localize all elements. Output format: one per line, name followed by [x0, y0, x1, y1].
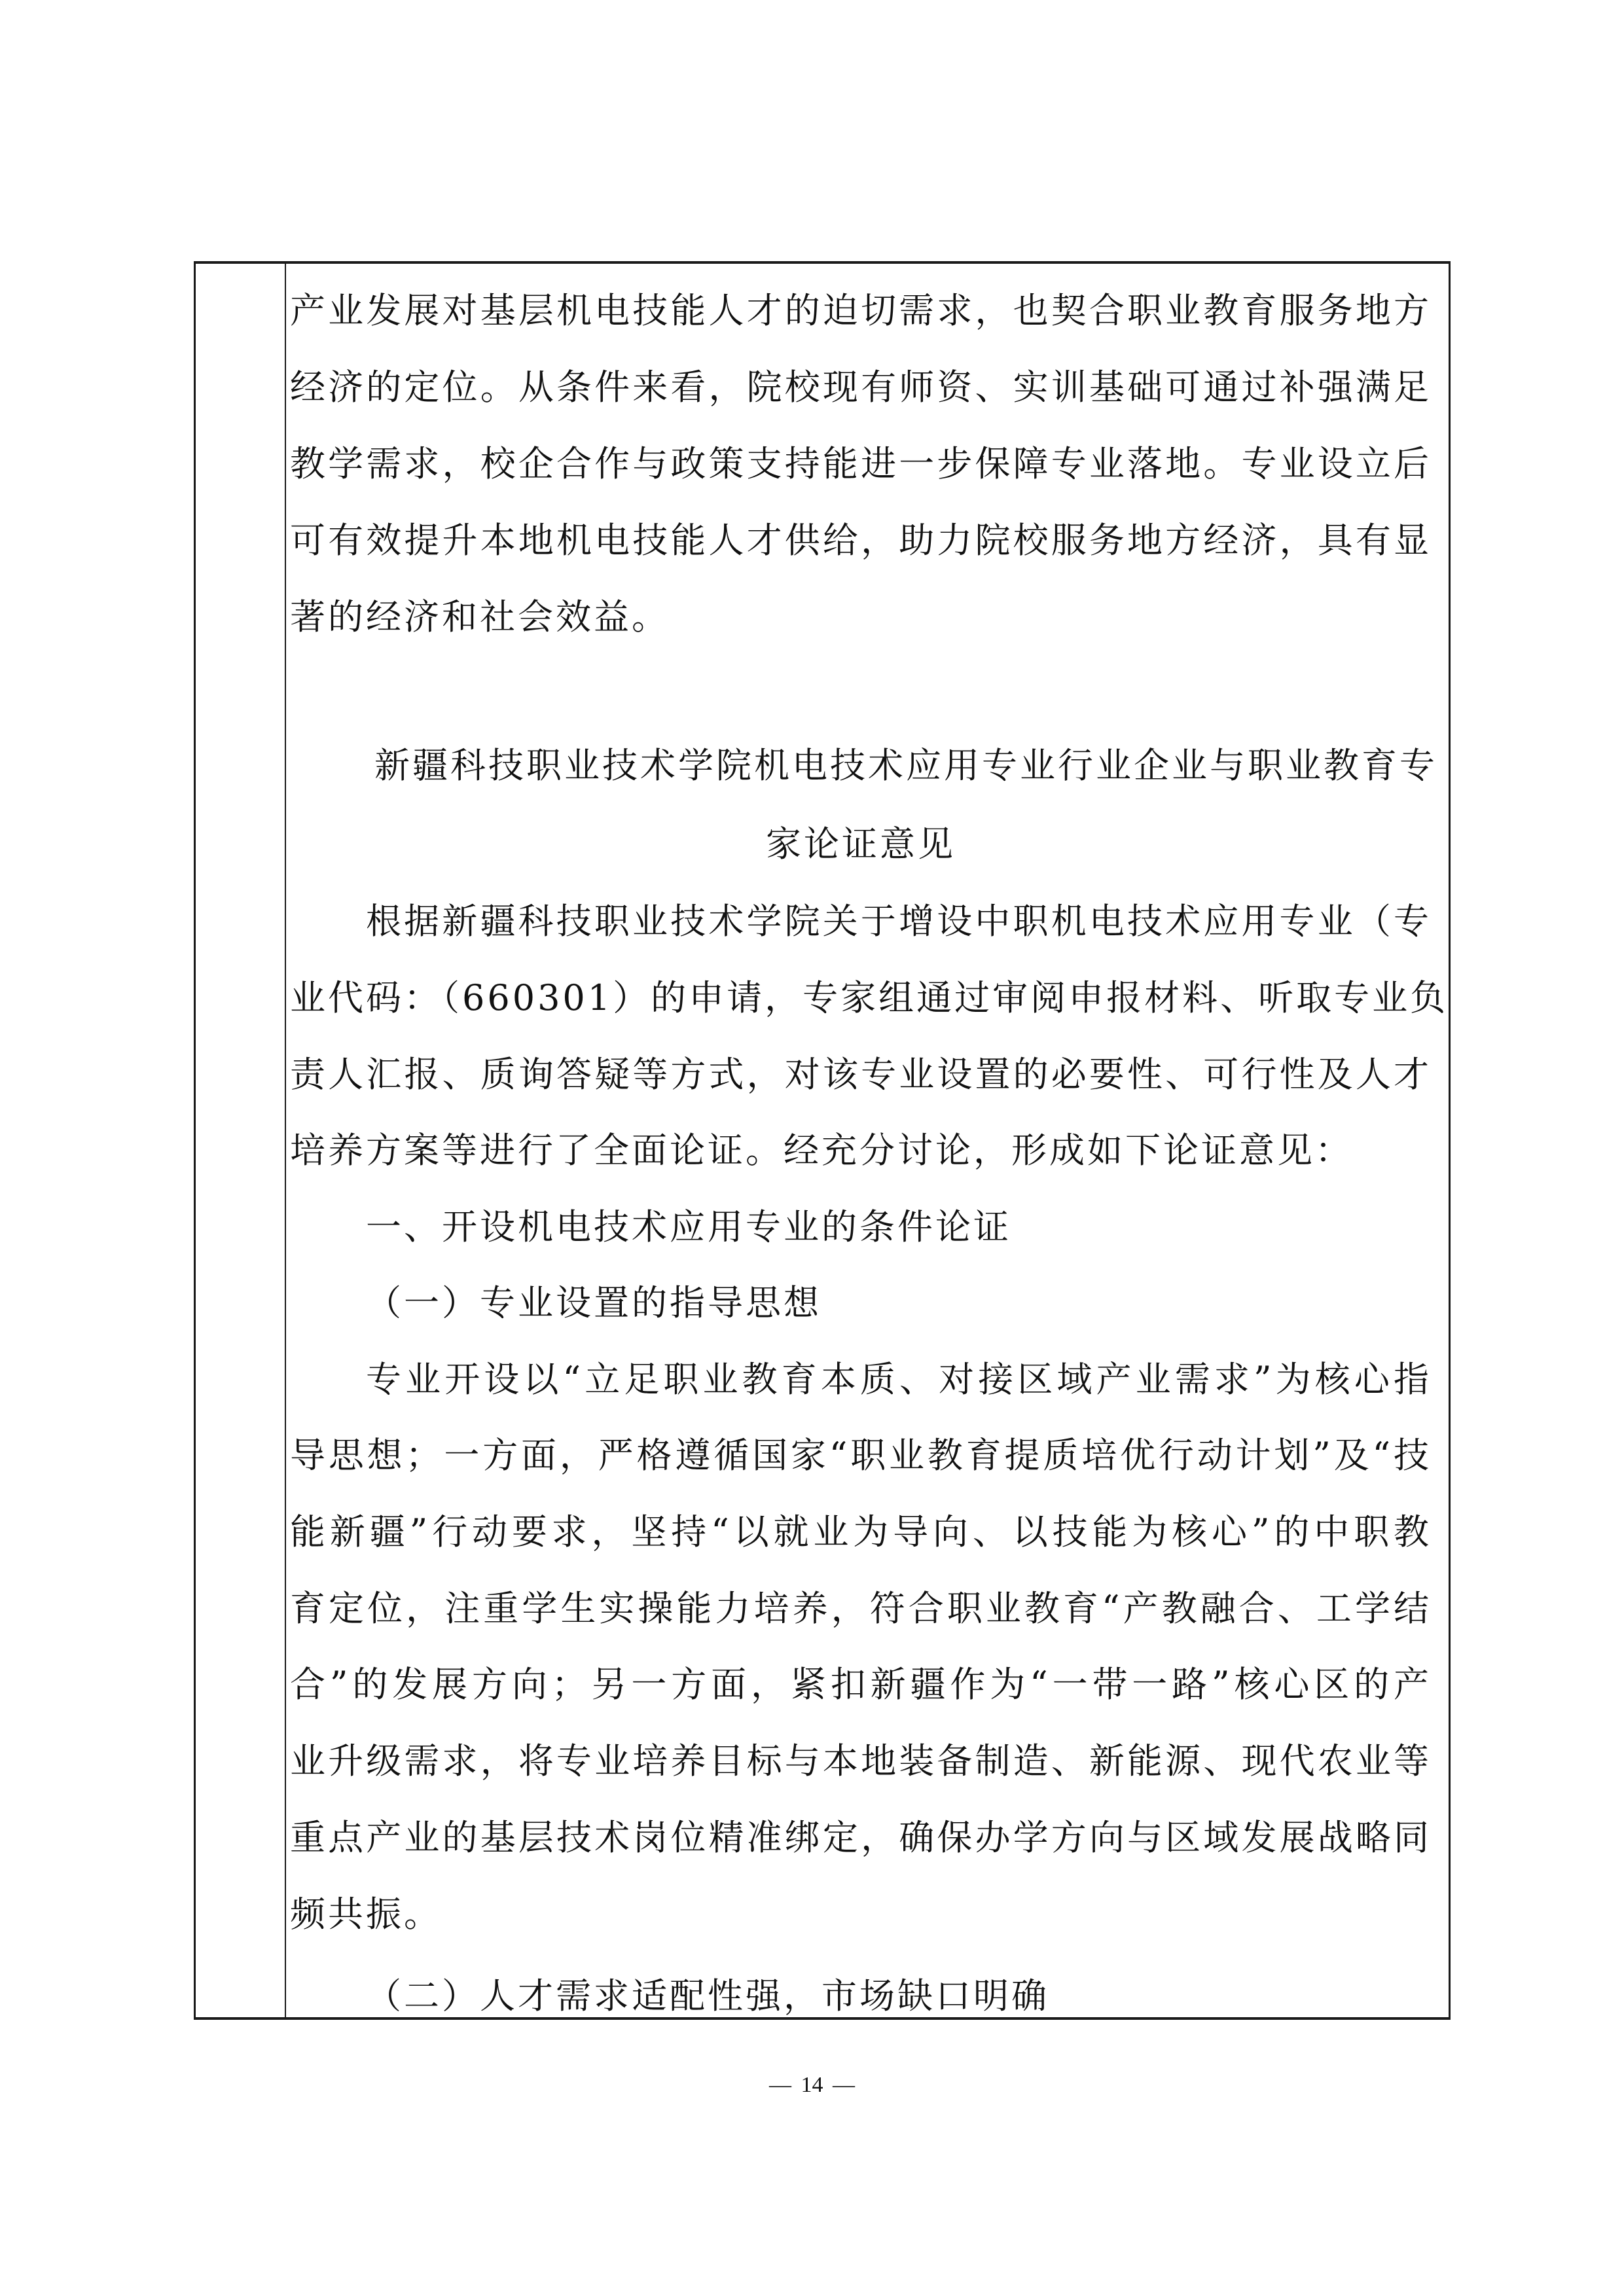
body-text-line: 产业发展对基层机电技能人才的迫切需求，也契合职业教育服务地方: [290, 291, 1432, 331]
body-text-line: 教学需求，校企合作与政策支持能进一步保障专业落地。专业设立后: [290, 444, 1432, 484]
body-text-line: 重点产业的基层技术岗位精准绑定，确保办学方向与区域发展战略同: [290, 1818, 1432, 1857]
section-title-continued: 家论证意见: [290, 825, 1432, 864]
body-text-line: 导思想；一方面，严格遵循国家“职业教育提质培优行动计划”及“技: [290, 1436, 1432, 1475]
document-page: 产业发展对基层机电技能人才的迫切需求，也契合职业教育服务地方 经济的定位。从条件…: [0, 0, 1624, 2296]
heading-level-2: （二）人才需求适配性强，市场缺口明确: [366, 1977, 1049, 2016]
body-text-line: 著的经济和社会效益。: [290, 598, 670, 637]
body-text-line: 责人汇报、质询答疑等方式，对该专业设置的必要性、可行性及人才: [290, 1055, 1432, 1094]
body-text-line: 专业开设以“立足职业教育本质、对接区域产业需求”为核心指: [366, 1360, 1432, 1399]
body-text-line: 合”的发展方向；另一方面，紧扣新疆作为“一带一路”核心区的产: [290, 1665, 1432, 1704]
table-label-cell: [196, 264, 286, 2017]
heading-level-2: （一）专业设置的指导思想: [366, 1283, 821, 1323]
body-text-line: 频共振。: [290, 1895, 442, 1934]
body-text-line: 育定位，注重学生实操能力培养，符合职业教育“产教融合、工学结: [290, 1589, 1432, 1628]
body-text-line: 经济的定位。从条件来看，院校现有师资、实训基础可通过补强满足: [290, 368, 1432, 407]
body-text-line: 能新疆”行动要求，坚持“以就业为导向、以技能为核心”的中职教: [290, 1513, 1432, 1552]
body-text-line: 培养方案等进行了全面论证。经充分讨论，形成如下论证意见：: [290, 1131, 1353, 1170]
page-number: — 14 —: [0, 2072, 1624, 2098]
body-text-line: 可有效提升本地机电技能人才供给，助力院校服务地方经济，具有显: [290, 521, 1432, 560]
body-text-line: 根据新疆科技职业技术学院关于增设中职机电技术应用专业（专: [366, 902, 1432, 941]
section-title: 新疆科技职业技术学院机电技术应用专业行业企业与职业教育专: [374, 746, 1432, 785]
body-text-line: 业代码：（660301）的申请，专家组通过审阅申报材料、听取专业负: [290, 978, 1432, 1018]
body-text-line: 业升级需求，将专业培养目标与本地装备制造、新能源、现代农业等: [290, 1742, 1432, 1781]
heading-level-1: 一、开设机电技术应用专业的条件论证: [366, 1208, 1011, 1247]
